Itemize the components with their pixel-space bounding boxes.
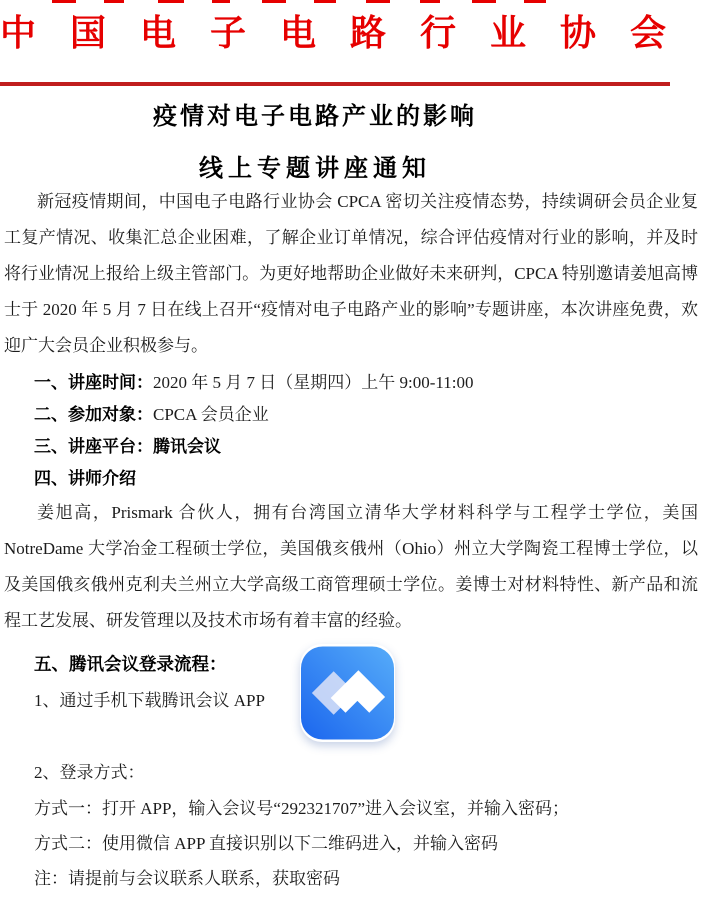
cutoff-text-artifact bbox=[524, 0, 546, 3]
tencent-meeting-app-icon bbox=[300, 644, 395, 742]
agenda-list: 一、讲座时间：2020 年 5 月 7 日（星期四）上午 9:00-11:00 … bbox=[34, 367, 698, 495]
organization-letterhead-title: 中 国 电 子 电 路 行 业 协 会 bbox=[0, 12, 720, 54]
agenda-item-audience: 二、参加对象：CPCA 会员企业 bbox=[34, 399, 698, 431]
agenda-item-label: 二、参加对象： bbox=[34, 405, 153, 424]
cutoff-text-artifact bbox=[52, 0, 76, 3]
agenda-item-label: 四、讲师介绍 bbox=[34, 469, 136, 488]
agenda-item-platform: 三、讲座平台：腾讯会议 bbox=[34, 431, 698, 463]
cutoff-text-artifact bbox=[212, 0, 230, 3]
cutoff-text-artifact bbox=[262, 0, 286, 3]
cutoff-text-artifact bbox=[158, 0, 184, 3]
agenda-item-value: 2020 年 5 月 7 日（星期四）上午 9:00-11:00 bbox=[153, 373, 473, 392]
document-title-line1: 疫情对电子电路产业的影响 bbox=[0, 102, 720, 132]
cutoff-text-artifact bbox=[366, 0, 390, 3]
tencent-meeting-logo-graphic bbox=[300, 644, 395, 742]
agenda-item-label: 一、讲座时间： bbox=[34, 373, 153, 392]
document-title-line2: 线上专题讲座通知 bbox=[0, 154, 720, 184]
cutoff-text-artifact bbox=[104, 0, 124, 3]
cutoff-text-artifact bbox=[314, 0, 336, 3]
login-method2-text: 方式二：使用微信 APP 直接识别以下二维码进入，并输入密码 bbox=[34, 831, 698, 856]
agenda-item-value: CPCA 会员企业 bbox=[153, 405, 269, 424]
letterhead-rule bbox=[0, 82, 670, 86]
cutoff-text-artifact bbox=[472, 0, 496, 3]
intro-paragraph: 新冠疫情期间，中国电子电路行业协会 CPCA 密切关注疫情态势，持续调研会员企业… bbox=[4, 184, 698, 364]
cutoff-text-artifact bbox=[420, 0, 440, 3]
agenda-item-time: 一、讲座时间：2020 年 5 月 7 日（星期四）上午 9:00-11:00 bbox=[34, 367, 698, 399]
speaker-bio-paragraph: 姜旭高，Prismark 合伙人，拥有台湾国立清华大学材料科学与工程学士学位，美… bbox=[4, 495, 698, 639]
agenda-item-value: 腾讯会议 bbox=[153, 437, 221, 456]
login-step2-text: 2、登录方式： bbox=[34, 760, 698, 786]
password-note-text: 注：请提前与会议联系人联系，获取密码 bbox=[34, 866, 698, 891]
agenda-item-label: 三、讲座平台： bbox=[34, 437, 153, 456]
agenda-item-speaker-intro: 四、讲师介绍 bbox=[34, 463, 698, 495]
login-method1-text: 方式一：打开 APP，输入会议号“292321707”进入会议室，并输入密码； bbox=[34, 796, 698, 821]
document-body: 新冠疫情期间，中国电子电路行业协会 CPCA 密切关注疫情态势，持续调研会员企业… bbox=[0, 184, 720, 891]
